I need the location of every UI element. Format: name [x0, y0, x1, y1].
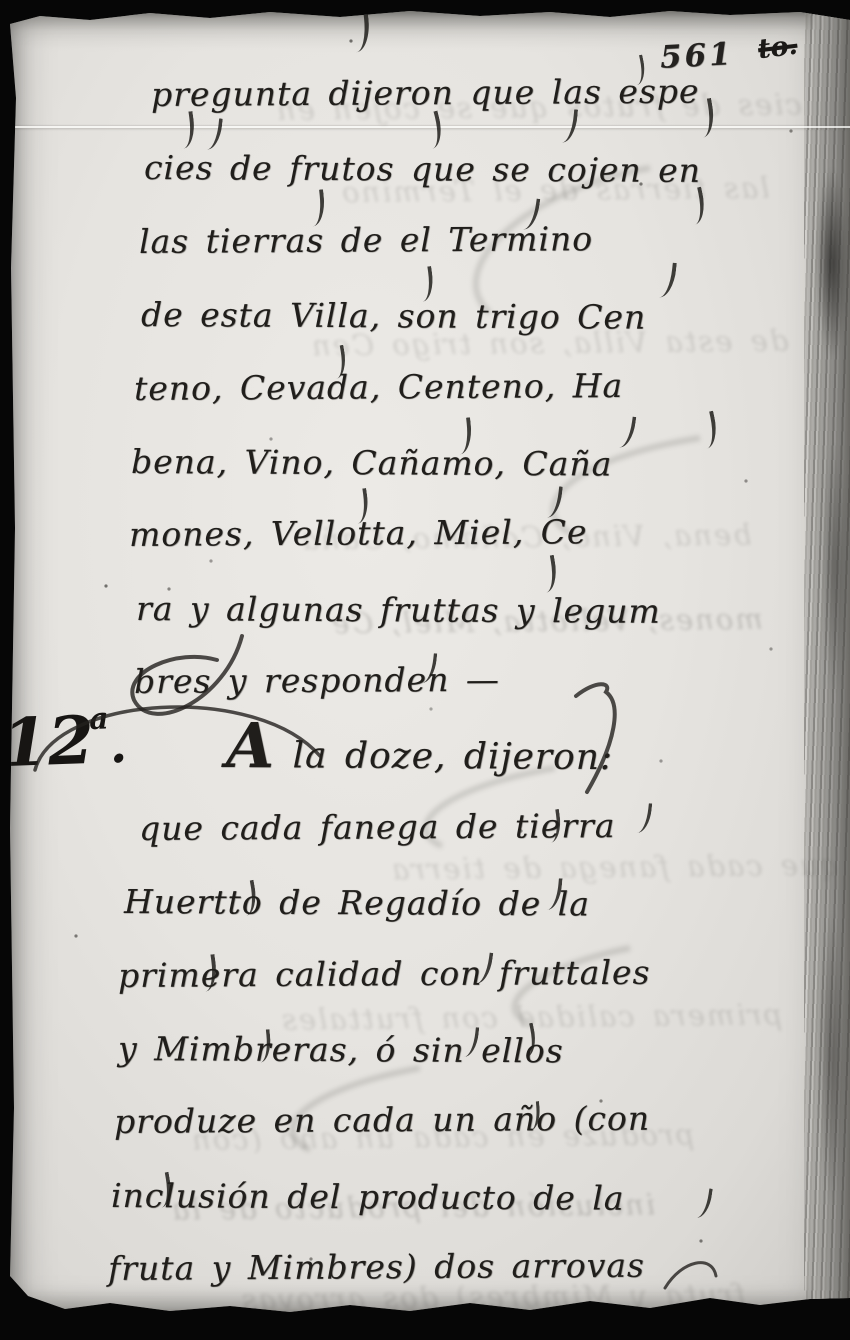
manuscript-line: teno, Cevada, Centeno, Ha: [134, 347, 850, 425]
manuscript-line-answer-start: A la doze, dijeron:: [226, 719, 850, 796]
manuscript-line: bres y responden —: [134, 641, 850, 719]
manuscript-line: pregunta dijeron que las espe: [151, 54, 850, 132]
manuscript-line: fruta y Mimbres) dos arrovas: [108, 1228, 850, 1306]
manuscript-line: mones, Vellotta, Miel, Ce: [129, 494, 850, 572]
photographed-manuscript: { "manuscript": { "folio_number": "561",…: [0, 0, 850, 1340]
manuscript-line: cies de frutos que se cojen en: [144, 131, 850, 208]
manuscript-page: cies de frutos que se cojen en las tierr…: [10, 8, 850, 1322]
manuscript-line: las tierras de el Termino: [139, 200, 850, 278]
manuscript-line: y Mimbreras, ó sin ellos: [118, 1012, 850, 1089]
manuscript-line: ra y algunas fruttas y legum: [136, 572, 850, 649]
manuscript-line: bena, Vino, Cañamo, Caña: [131, 425, 850, 502]
ink-specks: [10, 8, 12, 10]
manuscript-line: que cada fanega de tierra: [139, 788, 850, 866]
manuscript-line: Huertto de Regadío de la: [124, 865, 850, 942]
handwritten-text-block: pregunta dijeron que las espe cies de fr…: [10, 58, 850, 1306]
manuscript-line: inclusión del producto de la: [111, 1159, 850, 1236]
manuscript-line: de esta Villa, son trigo Cen: [141, 278, 850, 355]
manuscript-line: produze en cada un año (con: [114, 1081, 850, 1159]
